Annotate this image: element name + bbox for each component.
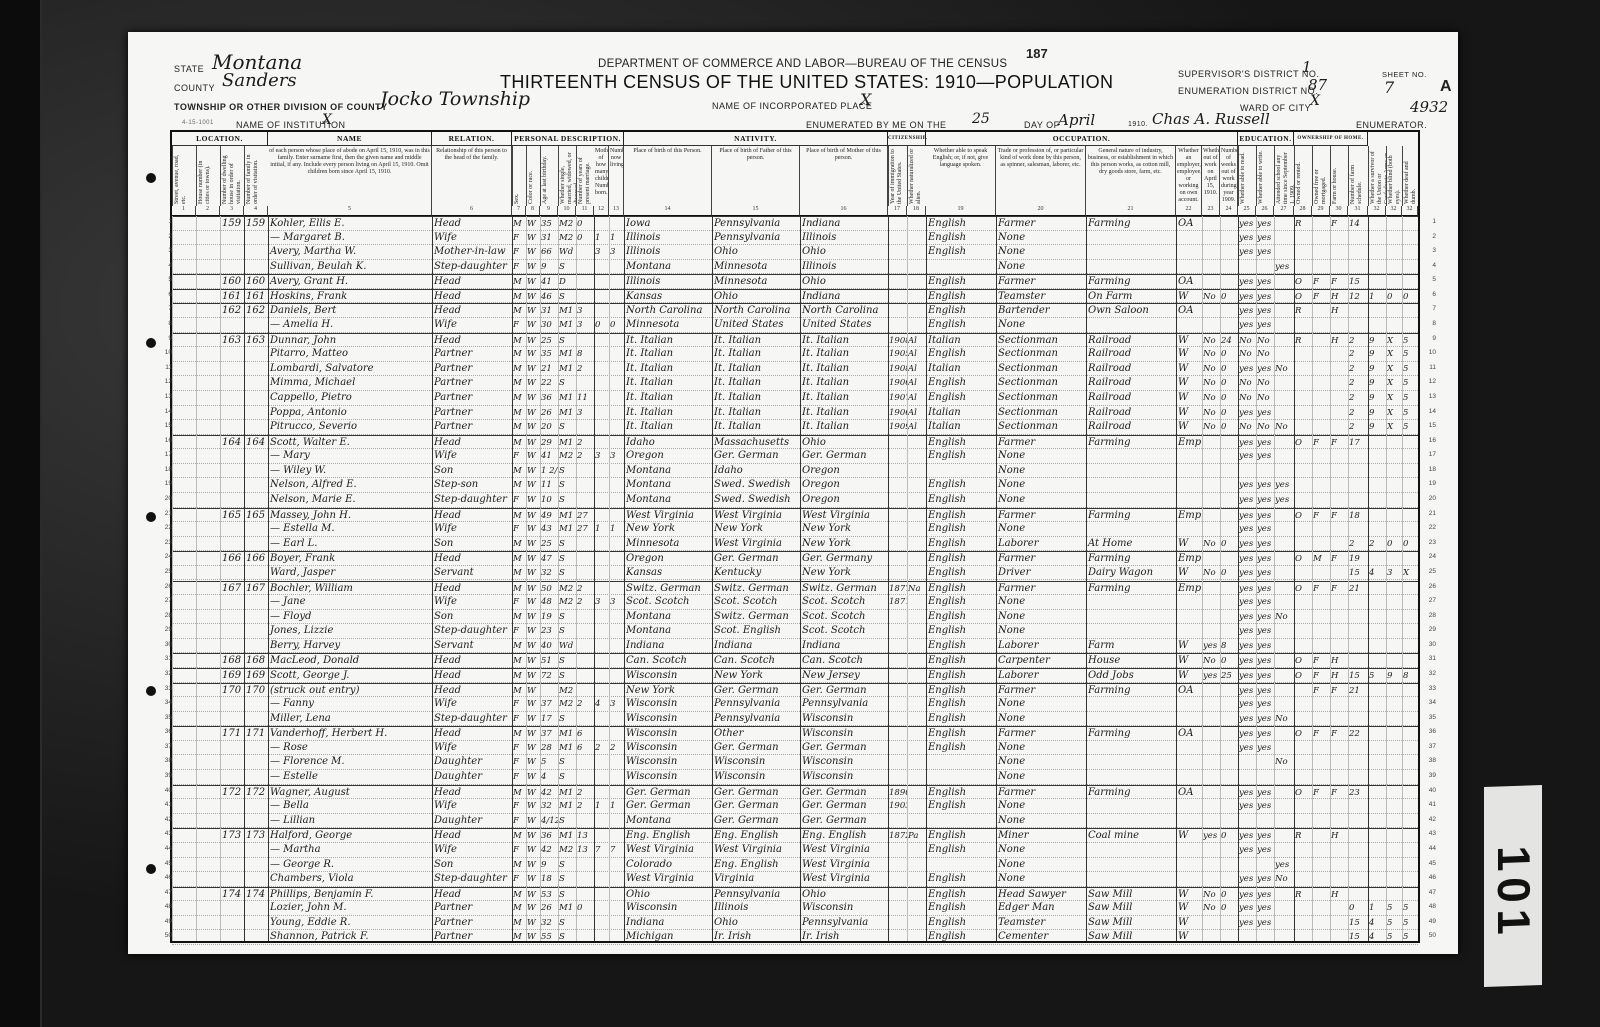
cell-imm: 1906 [888, 376, 907, 390]
line-number-left: 17 [158, 451, 172, 458]
cell-age: 43 [540, 522, 558, 536]
cell-farm [1330, 464, 1348, 478]
cell-ind [1086, 843, 1176, 857]
cell-sch: No [1274, 610, 1294, 624]
cell-sched [1348, 697, 1368, 711]
cell-ms: M1 [558, 901, 576, 915]
cell-race: W [526, 669, 540, 682]
cell-own: O [1294, 436, 1312, 449]
cell-fpob: Swed. Swedish [712, 478, 800, 492]
cell-rel: Wife [432, 741, 512, 755]
cell-own: O [1294, 275, 1312, 288]
cell-occ: Farmer [996, 786, 1086, 799]
cell-dw [220, 449, 244, 463]
cell-wks [1220, 712, 1238, 726]
cell-sch [1274, 582, 1294, 595]
cell-ms: S [558, 334, 576, 347]
cell-yrs: 2 [576, 799, 594, 813]
table-row: 168168MacLeod, DonaldHeadMW51SCan. Scotc… [172, 653, 1418, 668]
cell-ind: Railroad [1086, 376, 1176, 390]
cell-age: 36 [540, 391, 558, 405]
cell-dw: 169 [220, 669, 244, 682]
cell-wks: 24 [1220, 334, 1238, 347]
cell-free: F [1312, 727, 1330, 740]
cell-own: O [1294, 582, 1312, 595]
cell-age: 25 [540, 334, 558, 347]
cell-nat: Al [907, 376, 926, 390]
cell-imm [888, 858, 907, 872]
cell-age: 41 [540, 449, 558, 463]
cell-fpob: West Virginia [712, 537, 800, 551]
cell-sch [1274, 376, 1294, 390]
line-number-left: 12 [158, 378, 172, 385]
cell-write: yes [1256, 610, 1274, 624]
cell-fam [244, 858, 268, 872]
cell-wks [1220, 260, 1238, 274]
line-number-left: 46 [158, 874, 172, 881]
cell-sex: M [512, 376, 526, 390]
cell-living [609, 786, 624, 799]
table-row: — Amelia H.WifeFW30M1300MinnesotaUnited … [172, 318, 1418, 333]
cell-pob: It. Italian [624, 406, 712, 420]
column-number: 6 [432, 206, 512, 216]
line-number-right: 4 [1422, 262, 1436, 269]
cell-c30 [1368, 595, 1386, 609]
cell-fpob: Ohio [712, 245, 800, 259]
cell-pob: Montana [624, 478, 712, 492]
cell-write: No [1256, 391, 1274, 405]
column-number: 9 [540, 206, 558, 216]
cell-sch: No [1274, 872, 1294, 886]
cell-born [594, 727, 609, 740]
cell-emp: OA [1176, 217, 1202, 230]
cell-c30 [1368, 260, 1386, 274]
cell-rel: Head [432, 888, 512, 901]
cell-oow: No [1202, 888, 1220, 901]
table-row: 172172Wagner, AugustHeadMW42M12Ger. Germ… [172, 785, 1418, 800]
cell-mpob: Ger. German [800, 449, 888, 463]
cell-wks [1220, 509, 1238, 522]
line-number-right: 28 [1422, 612, 1436, 619]
column-header-7: Sex. [512, 146, 526, 206]
cell-rel: Head [432, 829, 512, 842]
cell-farm [1330, 420, 1348, 434]
cell-sex: F [512, 231, 526, 245]
cell-ms: D [558, 275, 576, 288]
cell-emp [1176, 624, 1202, 638]
cell-read: yes [1238, 624, 1256, 638]
cell-dw: 164 [220, 436, 244, 449]
table-row: — Estella M.WifeFW43M12711New YorkNew Yo… [172, 522, 1418, 537]
cell-lang: Italian [926, 334, 996, 347]
cell-sched [1348, 610, 1368, 624]
cell-mpob: Scot. Scotch [800, 610, 888, 624]
cell-age: 42 [540, 843, 558, 857]
cell-sex: F [512, 770, 526, 784]
cell-ms: S [558, 755, 576, 769]
cell-occ: None [996, 449, 1086, 463]
cell-occ: None [996, 858, 1086, 872]
cell-wks: 0 [1220, 888, 1238, 901]
cell-sch [1274, 799, 1294, 813]
cell-living [609, 436, 624, 449]
cell-oow: No [1202, 901, 1220, 915]
cell-fpob: Ger. German [712, 786, 800, 799]
cell-race: W [526, 391, 540, 405]
cell-ind [1086, 697, 1176, 711]
cell-dw [220, 537, 244, 551]
cell-sch [1274, 669, 1294, 682]
cell-name: — Amelia H. [268, 318, 432, 332]
cell-rel: Partner [432, 420, 512, 434]
cell-wks [1220, 595, 1238, 609]
cell-c31 [1386, 552, 1402, 565]
cell-write: yes [1256, 231, 1274, 245]
line-number-right: 26 [1422, 583, 1436, 590]
cell-living [609, 872, 624, 886]
cell-emp [1176, 770, 1202, 784]
line-number-right: 48 [1422, 903, 1436, 910]
cell-lang: English [926, 639, 996, 653]
line-number-right: 31 [1422, 655, 1436, 662]
cell-ind [1086, 260, 1176, 274]
cell-fam [244, 318, 268, 332]
cell-age: 53 [540, 888, 558, 901]
cell-name: — Rose [268, 741, 432, 755]
cell-pob: West Virginia [624, 509, 712, 522]
cell-mpob: Ohio [800, 888, 888, 901]
cell-c31 [1386, 304, 1402, 317]
cell-farm [1330, 843, 1348, 857]
cell-free [1312, 406, 1330, 420]
column-rule [1294, 216, 1295, 941]
cell-ind: On Farm [1086, 290, 1176, 303]
cell-own: R [1294, 888, 1312, 901]
cell-race: W [526, 930, 540, 944]
line-number-left: 40 [158, 787, 172, 794]
cell-free [1312, 304, 1330, 317]
table-row: Lombardi, SalvatorePartnerMW21M12It. Ita… [172, 362, 1418, 377]
cell-imm [888, 901, 907, 915]
cell-rel: Head [432, 509, 512, 522]
cell-lang: English [926, 916, 996, 930]
cell-lang: English [926, 217, 996, 230]
cell-oow [1202, 858, 1220, 872]
line-number-left: 42 [158, 816, 172, 823]
cell-age: 47 [540, 552, 558, 565]
cell-fam: 172 [244, 786, 268, 799]
cell-wks [1220, 799, 1238, 813]
incorporated-place-label: Name of incorporated place [712, 101, 872, 111]
cell-fpob: Switz. German [712, 582, 800, 595]
cell-read: yes [1238, 436, 1256, 449]
cell-sched [1348, 741, 1368, 755]
cell-oow [1202, 478, 1220, 492]
cell-fam [244, 362, 268, 376]
cell-occ: Farmer [996, 582, 1086, 595]
cell-pob: North Carolina [624, 304, 712, 317]
cell-sex: M [512, 888, 526, 901]
column-rule [1220, 216, 1221, 941]
column-number: 27 [1274, 206, 1294, 216]
cell-write: yes [1256, 436, 1274, 449]
cell-pob: Illinois [624, 231, 712, 245]
cell-c31 [1386, 624, 1402, 638]
cell-mpob: Wisconsin [800, 712, 888, 726]
line-number-right: 7 [1422, 305, 1436, 312]
cell-name: Miller, Lena [268, 712, 432, 726]
cell-pob: Wisconsin [624, 741, 712, 755]
cell-name: Ward, Jasper [268, 566, 432, 580]
column-header-1: Street, avenue, road, etc. [172, 146, 196, 206]
cell-born [594, 391, 609, 405]
column-number: 32 [1386, 206, 1402, 216]
cell-free [1312, 930, 1330, 944]
cell-sched: 22 [1348, 727, 1368, 740]
cell-c32 [1402, 582, 1418, 595]
cell-sched: 17 [1348, 436, 1368, 449]
cell-mpob: Wisconsin [800, 727, 888, 740]
cell-yrs [576, 639, 594, 653]
cell-dw [220, 610, 244, 624]
cell-free [1312, 566, 1330, 580]
cell-imm [888, 566, 907, 580]
cell-read: yes [1238, 843, 1256, 857]
cell-ind: Railroad [1086, 362, 1176, 376]
cell-fam: 173 [244, 829, 268, 842]
cell-pob: Kansas [624, 566, 712, 580]
column-header-21: General nature of industry, business, or… [1086, 146, 1176, 206]
cell-own [1294, 916, 1312, 930]
cell-farm: F [1330, 552, 1348, 565]
column-number: 15 [712, 206, 800, 216]
line-number-right: 42 [1422, 816, 1436, 823]
cell-sex: F [512, 843, 526, 857]
cell-fam [244, 741, 268, 755]
cell-lang: English [926, 741, 996, 755]
cell-name: Pitarro, Matteo [268, 347, 432, 361]
cell-lang: English [926, 872, 996, 886]
cell-ms: M1 [558, 786, 576, 799]
cell-sex: M [512, 669, 526, 682]
cell-sched [1348, 858, 1368, 872]
cell-sch [1274, 770, 1294, 784]
cell-mpob: Ger. German [800, 799, 888, 813]
cell-mpob: It. Italian [800, 406, 888, 420]
cell-c31 [1386, 318, 1402, 332]
cell-born [594, 304, 609, 317]
line-number-left: 19 [158, 480, 172, 487]
table-row: 167167Bochler, WilliamHeadMW50M22Switz. … [172, 581, 1418, 596]
cell-own [1294, 318, 1312, 332]
cell-mpob: New York [800, 566, 888, 580]
cell-living [609, 362, 624, 376]
cell-fam: 174 [244, 888, 268, 901]
cell-race: W [526, 436, 540, 449]
cell-free [1312, 639, 1330, 653]
cell-wks: 0 [1220, 654, 1238, 667]
cell-occ: Laborer [996, 639, 1086, 653]
cell-imm [888, 260, 907, 274]
enumeration-district-value: 87 [1308, 76, 1327, 94]
cell-rel: Son [432, 537, 512, 551]
cell-fpob: Ohio [712, 916, 800, 930]
cell-c31 [1386, 741, 1402, 755]
cell-oow [1202, 697, 1220, 711]
cell-c31 [1386, 595, 1402, 609]
cell-c30 [1368, 814, 1386, 828]
cell-own [1294, 770, 1312, 784]
cell-imm [888, 654, 907, 667]
column-header-12: Mother of how many children. Number born… [594, 146, 609, 206]
line-number-left: 24 [158, 553, 172, 560]
cell-ind: Own Saloon [1086, 304, 1176, 317]
cell-write [1256, 755, 1274, 769]
cell-yrs [576, 566, 594, 580]
cell-born [594, 334, 609, 347]
table-row: Miller, LenaStep-daughterFW17SWisconsinP… [172, 712, 1418, 727]
line-number-right: 16 [1422, 437, 1436, 444]
cell-name: Scott, George J. [268, 669, 432, 682]
cell-oow: yes [1202, 639, 1220, 653]
cell-imm [888, 304, 907, 317]
cell-write [1256, 260, 1274, 274]
cell-fpob: Pennsylvania [712, 231, 800, 245]
cell-name: MacLeod, Donald [268, 654, 432, 667]
cell-dw [220, 347, 244, 361]
cell-name: Bochler, William [268, 582, 432, 595]
cell-own [1294, 231, 1312, 245]
table-row: — JaneWifeFW48M2233Scot. ScotchScot. Sco… [172, 595, 1418, 610]
cell-free [1312, 245, 1330, 259]
cell-free [1312, 391, 1330, 405]
column-rule [558, 216, 559, 941]
cell-rel: Head [432, 334, 512, 347]
cell-nat [907, 786, 926, 799]
cell-nat [907, 755, 926, 769]
cell-farm [1330, 362, 1348, 376]
column-rule [1348, 216, 1349, 941]
cell-occ: Farmer [996, 436, 1086, 449]
cell-free [1312, 420, 1330, 434]
table-row: — MaryWifeFW41M2233OregonGer. GermanGer.… [172, 449, 1418, 464]
cell-free [1312, 537, 1330, 551]
cell-ind [1086, 799, 1176, 813]
cell-free [1312, 829, 1330, 842]
table-row: Poppa, AntonioPartnerMW26M13It. ItalianI… [172, 406, 1418, 421]
cell-sex: M [512, 217, 526, 230]
cell-c32 [1402, 522, 1418, 536]
cell-read: yes [1238, 290, 1256, 303]
cell-imm [888, 537, 907, 551]
cell-lang: English [926, 684, 996, 697]
cell-nat: Al [907, 406, 926, 420]
cell-rel: Daughter [432, 814, 512, 828]
cell-occ: Miner [996, 829, 1086, 842]
cell-rel: Partner [432, 406, 512, 420]
cell-living [609, 829, 624, 842]
cell-wks [1220, 684, 1238, 697]
cell-wks [1220, 245, 1238, 259]
cell-lang: English [926, 290, 996, 303]
cell-emp [1176, 814, 1202, 828]
cell-c30 [1368, 509, 1386, 522]
cell-c31: 0 [1386, 290, 1402, 303]
cell-race: W [526, 231, 540, 245]
cell-read: No [1238, 347, 1256, 361]
cell-nat [907, 727, 926, 740]
cell-sched: 15 [1348, 275, 1368, 288]
cell-c31 [1386, 493, 1402, 507]
cell-occ: None [996, 755, 1086, 769]
cell-free [1312, 478, 1330, 492]
cell-living [609, 537, 624, 551]
cell-nat [907, 843, 926, 857]
cell-c31: X [1386, 376, 1402, 390]
column-header-17: Year of immigration to the United States… [888, 146, 907, 206]
cell-read: yes [1238, 916, 1256, 930]
cell-ind: Railroad [1086, 334, 1176, 347]
cell-sex: F [512, 245, 526, 259]
cell-age: 25 [540, 537, 558, 551]
cell-born [594, 260, 609, 274]
cell-living [609, 347, 624, 361]
cell-fam [244, 420, 268, 434]
cell-c32 [1402, 654, 1418, 667]
cell-own: O [1294, 509, 1312, 522]
cell-write: yes [1256, 449, 1274, 463]
cell-read: yes [1238, 829, 1256, 842]
cell-own [1294, 493, 1312, 507]
cell-fam [244, 260, 268, 274]
cell-c31 [1386, 275, 1402, 288]
table-row: 166166Boyer, FrankHeadMW47SOregonGer. Ge… [172, 551, 1418, 566]
cell-fpob: It. Italian [712, 362, 800, 376]
cell-write: yes [1256, 362, 1274, 376]
cell-dw: 159 [220, 217, 244, 230]
cell-yrs: 2 [576, 595, 594, 609]
cell-c32 [1402, 260, 1418, 274]
cell-dw: 161 [220, 290, 244, 303]
cell-living [609, 478, 624, 492]
table-row: Cappello, PietroPartnerMW36M111It. Itali… [172, 391, 1418, 406]
column-rule [220, 216, 221, 941]
cell-sch [1274, 304, 1294, 317]
column-header-33: Whether blind (both eyes). [1386, 146, 1402, 206]
cell-lang: English [926, 654, 996, 667]
cell-yrs [576, 770, 594, 784]
cell-farm: F [1330, 786, 1348, 799]
cell-living [609, 684, 624, 697]
cell-pob: Illinois [624, 275, 712, 288]
cell-fam: 161 [244, 290, 268, 303]
cell-ms: S [558, 872, 576, 886]
cell-dw [220, 858, 244, 872]
column-header-11: Number of years of present marriage. [576, 146, 594, 206]
cell-ind [1086, 872, 1176, 886]
cell-own [1294, 347, 1312, 361]
cell-imm: 1906 [888, 406, 907, 420]
cell-dw [220, 843, 244, 857]
cell-rel: Partner [432, 391, 512, 405]
cell-write: yes [1256, 290, 1274, 303]
cell-race: W [526, 712, 540, 726]
cell-rel: Daughter [432, 755, 512, 769]
cell-read: yes [1238, 901, 1256, 915]
column-header-22: Whether an employer, employee, or workin… [1176, 146, 1202, 206]
cell-mpob: Indiana [800, 290, 888, 303]
table-row: — RoseWifeFW28M1622WisconsinGer. GermanG… [172, 741, 1418, 756]
